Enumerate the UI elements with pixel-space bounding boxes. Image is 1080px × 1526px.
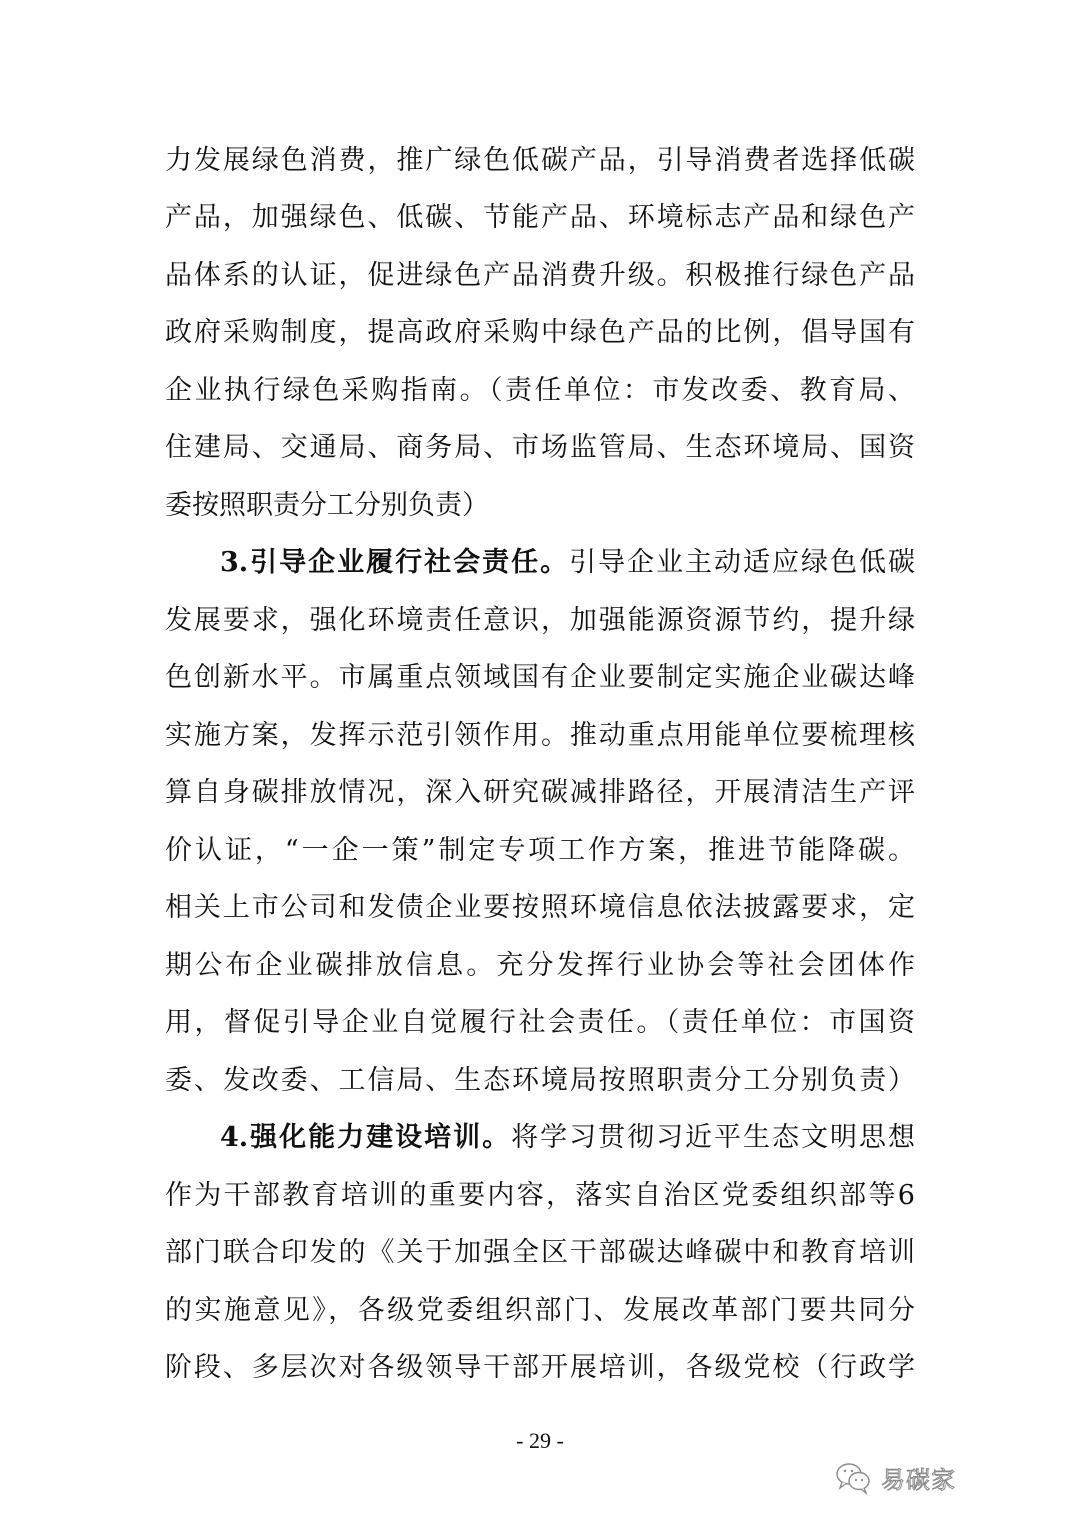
- paragraph-line: 企业执行绿色采购指南。（责任单位：市发改委、教育局、: [165, 371, 915, 411]
- paragraph-line: 发展要求，强化环境责任意识，加强能源资源节约，提升绿: [165, 601, 915, 641]
- line-text: 委、发改委、工信局、生态环境局按照职责分工分别负责）: [165, 1065, 915, 1096]
- line-text: 阶段、多层次对各级领导干部开展培训，各级党校（行政学: [165, 1352, 915, 1383]
- line-text: 实施方案，发挥示范引领作用。推动重点用能单位要梳理核: [165, 720, 915, 751]
- section-heading-4: 4.强化能力建设培训。: [220, 1122, 511, 1153]
- line-text: 政府采购制度，提高政府采购中绿色产品的比例，倡导国有: [165, 317, 915, 348]
- line-text: 企业执行绿色采购指南。（责任单位：市发改委、教育局、: [165, 375, 915, 406]
- page-number: - 29 -: [0, 1428, 1080, 1454]
- line-text: 色创新水平。市属重点领域国有企业要制定实施企业碳达峰: [165, 662, 915, 693]
- line-text: 产品，加强绿色、低碳、节能产品、环境标志产品和绿色产: [165, 202, 915, 233]
- document-page: 力发展绿色消费，推广绿色低碳产品，引导消费者选择低碳 产品，加强绿色、低碳、节能…: [0, 0, 1080, 1526]
- paragraph-line: 价认证，“一企一策”制定专项工作方案，推进节能降碳。: [165, 831, 915, 871]
- paragraph-line: 委、发改委、工信局、生态环境局按照职责分工分别负责）: [165, 1061, 915, 1101]
- paragraph-line: 期公布企业碳排放信息。充分发挥行业协会等社会团体作: [165, 946, 915, 986]
- line-text: 品体系的认证，促进绿色产品消费升级。积极推行绿色产品: [165, 260, 915, 291]
- paragraph-line: 品体系的认证，促进绿色产品消费升级。积极推行绿色产品: [165, 256, 915, 296]
- line-text: 将学习贯彻习近平生态文明思想: [511, 1122, 915, 1153]
- line-text: 价认证，“一企一策”制定专项工作方案，推进节能降碳。: [165, 835, 915, 866]
- paragraph-line: 的实施意见》，各级党委组织部门、发展改革部门要共同分: [165, 1291, 915, 1331]
- paragraph-line: 相关上市公司和发债企业要按照环境信息依法披露要求，定: [165, 888, 915, 928]
- line-text: 住建局、交通局、商务局、市场监管局、生态环境局、国资: [165, 432, 915, 463]
- line-text: 相关上市公司和发债企业要按照环境信息依法披露要求，定: [165, 892, 915, 923]
- paragraph-line: 阶段、多层次对各级领导干部开展培训，各级党校（行政学: [165, 1348, 915, 1388]
- paragraph-line: 实施方案，发挥示范引领作用。推动重点用能单位要梳理核: [165, 716, 915, 756]
- line-text: 发展要求，强化环境责任意识，加强能源资源节约，提升绿: [165, 605, 915, 636]
- line-text: 部门联合印发的《关于加强全区干部碳达峰碳中和教育培训: [165, 1237, 915, 1268]
- paragraph-line: 算自身碳排放情况，深入研究碳减排路径，开展清洁生产评: [165, 773, 915, 813]
- section-heading-line: 4.强化能力建设培训。将学习贯彻习近平生态文明思想: [220, 1118, 915, 1158]
- section-heading-line: 3.引导企业履行社会责任。引导企业主动适应绿色低碳: [220, 543, 915, 583]
- paragraph-line: 作为干部教育培训的重要内容，落实自治区党委组织部等6: [165, 1176, 915, 1216]
- line-text: 力发展绿色消费，推广绿色低碳产品，引导消费者选择低碳: [165, 145, 915, 176]
- section-heading-3: 3.引导企业履行社会责任。: [220, 547, 569, 578]
- line-text: 用，督促引导企业自觉履行社会责任。（责任单位：市国资: [165, 1007, 915, 1038]
- line-text: 委按照职责分工分别负责）: [165, 490, 489, 521]
- paragraph-line: 产品，加强绿色、低碳、节能产品、环境标志产品和绿色产: [165, 198, 915, 238]
- paragraph-line: 色创新水平。市属重点领域国有企业要制定实施企业碳达峰: [165, 658, 915, 698]
- line-text: 算自身碳排放情况，深入研究碳减排路径，开展清洁生产评: [165, 777, 915, 808]
- paragraph-line: 委按照职责分工分别负责）: [165, 486, 915, 526]
- line-text: 引导企业主动适应绿色低碳: [569, 547, 915, 578]
- watermark: 易碳家: [835, 1460, 956, 1495]
- line-text: 作为干部教育培训的重要内容，落实自治区党委组织部等6: [165, 1180, 915, 1211]
- paragraph-line: 部门联合印发的《关于加强全区干部碳达峰碳中和教育培训: [165, 1233, 915, 1273]
- paragraph-line: 住建局、交通局、商务局、市场监管局、生态环境局、国资: [165, 428, 915, 468]
- watermark-text: 易碳家: [881, 1460, 956, 1495]
- paragraph-line: 政府采购制度，提高政府采购中绿色产品的比例，倡导国有: [165, 313, 915, 353]
- paragraph-line: 用，督促引导企业自觉履行社会责任。（责任单位：市国资: [165, 1003, 915, 1043]
- wechat-icon: [835, 1461, 873, 1495]
- line-text: 的实施意见》，各级党委组织部门、发展改革部门要共同分: [165, 1295, 915, 1326]
- paragraph-line: 力发展绿色消费，推广绿色低碳产品，引导消费者选择低碳: [165, 141, 915, 181]
- line-text: 期公布企业碳排放信息。充分发挥行业协会等社会团体作: [165, 950, 915, 981]
